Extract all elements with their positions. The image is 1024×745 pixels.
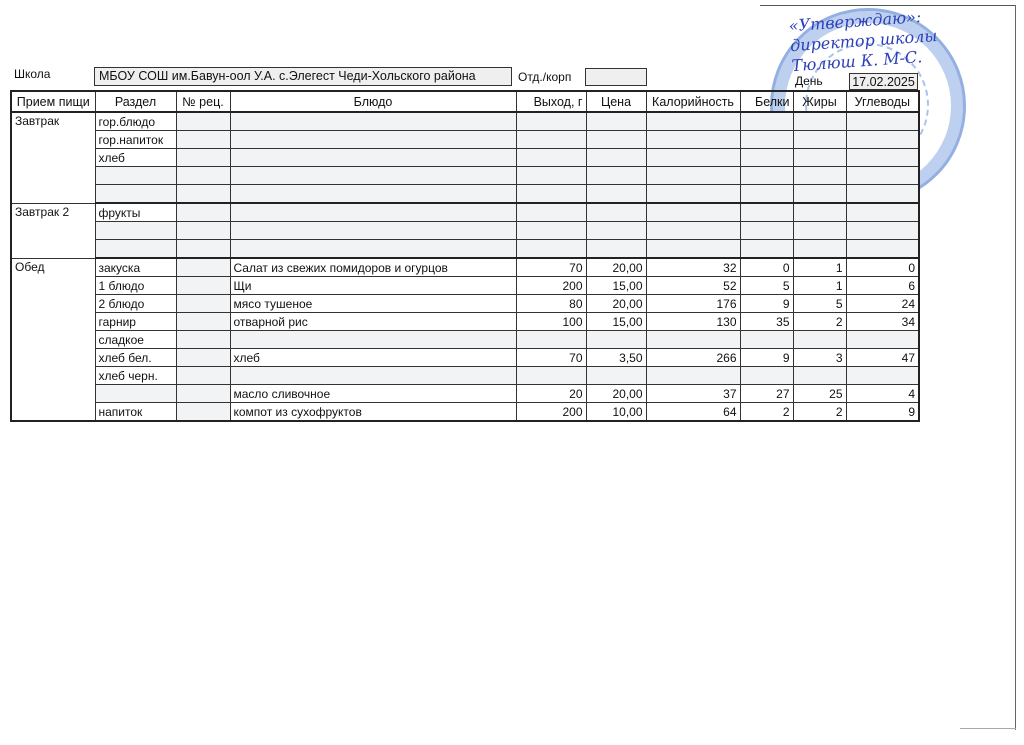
protein-cell[interactable] xyxy=(740,222,793,240)
price-cell[interactable] xyxy=(586,149,646,167)
protein-cell[interactable]: 35 xyxy=(740,313,793,331)
protein-cell[interactable] xyxy=(740,149,793,167)
col-header-meal: Прием пищи xyxy=(11,91,95,112)
dish-cell[interactable] xyxy=(230,331,516,349)
fat-cell[interactable] xyxy=(793,203,846,222)
yield-cell[interactable] xyxy=(516,112,586,131)
col-header-section: Раздел xyxy=(95,91,176,112)
fat-cell[interactable]: 3 xyxy=(793,349,846,367)
col-header-yield: Выход, г xyxy=(516,91,586,112)
calories-cell[interactable] xyxy=(646,367,740,385)
dish-cell[interactable]: хлеб xyxy=(230,349,516,367)
price-cell[interactable]: 3,50 xyxy=(586,349,646,367)
calories-cell[interactable] xyxy=(646,131,740,149)
protein-cell[interactable]: 2 xyxy=(740,403,793,422)
section-cell[interactable] xyxy=(95,222,176,240)
fat-cell[interactable] xyxy=(793,112,846,131)
section-cell[interactable]: гор.блюдо xyxy=(95,112,176,131)
table-row: ОбедзакускаСалат из свежих помидоров и о… xyxy=(11,258,919,277)
yield-cell[interactable]: 100 xyxy=(516,313,586,331)
dish-cell[interactable] xyxy=(230,222,516,240)
calories-cell[interactable]: 37 xyxy=(646,385,740,403)
carbs-cell[interactable] xyxy=(846,112,919,131)
calories-cell[interactable] xyxy=(646,222,740,240)
price-cell[interactable] xyxy=(586,112,646,131)
carbs-cell[interactable] xyxy=(846,167,919,185)
dish-cell[interactable] xyxy=(230,131,516,149)
carbs-cell[interactable] xyxy=(846,367,919,385)
section-cell[interactable]: гарнир xyxy=(95,313,176,331)
yield-cell[interactable] xyxy=(516,203,586,222)
price-cell[interactable] xyxy=(586,203,646,222)
dish-cell[interactable] xyxy=(230,149,516,167)
recipe-cell[interactable] xyxy=(176,367,230,385)
col-header-price: Цена xyxy=(586,91,646,112)
table-row: хлеб черн. xyxy=(11,367,919,385)
carbs-cell[interactable]: 24 xyxy=(846,295,919,313)
price-cell[interactable] xyxy=(586,222,646,240)
recipe-cell[interactable] xyxy=(176,185,230,204)
recipe-cell[interactable] xyxy=(176,385,230,403)
dish-cell[interactable]: мясо тушеное xyxy=(230,295,516,313)
carbs-cell[interactable] xyxy=(846,131,919,149)
carbs-cell[interactable] xyxy=(846,222,919,240)
carbs-cell[interactable] xyxy=(846,203,919,222)
date-field[interactable]: 17.02.2025 xyxy=(849,73,918,90)
calories-cell[interactable]: 130 xyxy=(646,313,740,331)
col-header-calories: Калорийность xyxy=(646,91,740,112)
protein-cell[interactable] xyxy=(740,167,793,185)
price-cell[interactable]: 10,00 xyxy=(586,403,646,422)
calories-cell[interactable] xyxy=(646,331,740,349)
protein-cell[interactable] xyxy=(740,331,793,349)
section-cell[interactable]: фрукты xyxy=(95,203,176,222)
col-header-dish: Блюдо xyxy=(230,91,516,112)
yield-cell[interactable] xyxy=(516,131,586,149)
recipe-cell[interactable] xyxy=(176,240,230,259)
price-cell[interactable]: 20,00 xyxy=(586,258,646,277)
dish-cell[interactable]: масло сливочное xyxy=(230,385,516,403)
school-name-field[interactable]: МБОУ СОШ им.Бавун-оол У.А. с.Элегест Чед… xyxy=(94,67,512,86)
fat-cell[interactable] xyxy=(793,149,846,167)
table-row xyxy=(11,222,919,240)
yield-cell[interactable]: 200 xyxy=(516,277,586,295)
col-header-carbs: Углеводы xyxy=(846,91,919,112)
signature-line: директор школы xyxy=(790,24,971,57)
section-cell[interactable]: 1 блюдо xyxy=(95,277,176,295)
recipe-cell[interactable] xyxy=(176,277,230,295)
price-cell[interactable]: 20,00 xyxy=(586,385,646,403)
col-header-fat: Жиры xyxy=(793,91,846,112)
section-cell[interactable]: хлеб черн. xyxy=(95,367,176,385)
table-row: хлеб xyxy=(11,149,919,167)
calories-cell[interactable] xyxy=(646,149,740,167)
dish-cell[interactable]: отварной рис xyxy=(230,313,516,331)
signature-line: «Утверждаю»: xyxy=(788,4,969,37)
meal-cell: Обед xyxy=(11,258,95,421)
yield-cell[interactable] xyxy=(516,185,586,204)
recipe-cell[interactable] xyxy=(176,149,230,167)
dish-cell[interactable] xyxy=(230,367,516,385)
protein-cell[interactable]: 9 xyxy=(740,349,793,367)
dish-cell[interactable] xyxy=(230,203,516,222)
yield-cell[interactable] xyxy=(516,331,586,349)
table-row: хлеб бел.хлеб703,502669347 xyxy=(11,349,919,367)
price-cell[interactable]: 20,00 xyxy=(586,295,646,313)
section-cell[interactable]: закуска xyxy=(95,258,176,277)
section-cell[interactable] xyxy=(95,167,176,185)
calories-cell[interactable] xyxy=(646,185,740,204)
recipe-cell[interactable] xyxy=(176,403,230,422)
dish-cell[interactable] xyxy=(230,112,516,131)
yield-cell[interactable]: 70 xyxy=(516,349,586,367)
recipe-cell[interactable] xyxy=(176,295,230,313)
price-cell[interactable]: 15,00 xyxy=(586,313,646,331)
carbs-cell[interactable] xyxy=(846,185,919,204)
fat-cell[interactable]: 2 xyxy=(793,313,846,331)
dept-field[interactable] xyxy=(585,68,647,86)
protein-cell[interactable] xyxy=(740,203,793,222)
protein-cell[interactable]: 27 xyxy=(740,385,793,403)
scan-edge-right xyxy=(1015,5,1016,730)
carbs-cell[interactable]: 9 xyxy=(846,403,919,422)
day-label: День xyxy=(795,73,823,89)
yield-cell[interactable] xyxy=(516,367,586,385)
yield-cell[interactable]: 70 xyxy=(516,258,586,277)
carbs-cell[interactable]: 6 xyxy=(846,277,919,295)
yield-cell[interactable] xyxy=(516,149,586,167)
price-cell[interactable] xyxy=(586,185,646,204)
meal-cell: Завтрак 2 xyxy=(11,203,95,258)
carbs-cell[interactable] xyxy=(846,149,919,167)
section-cell[interactable] xyxy=(95,185,176,204)
protein-cell[interactable] xyxy=(740,131,793,149)
table-header-row: Прием пищи Раздел № рец. Блюдо Выход, г … xyxy=(11,91,919,112)
price-cell[interactable] xyxy=(586,167,646,185)
table-row: сладкое xyxy=(11,331,919,349)
table-row: 1 блюдоЩи20015,0052516 xyxy=(11,277,919,295)
recipe-cell[interactable] xyxy=(176,222,230,240)
section-cell[interactable] xyxy=(95,385,176,403)
yield-cell[interactable] xyxy=(516,240,586,259)
yield-cell[interactable] xyxy=(516,222,586,240)
table-row xyxy=(11,185,919,204)
carbs-cell[interactable]: 34 xyxy=(846,313,919,331)
fat-cell[interactable] xyxy=(793,131,846,149)
school-label: Школа xyxy=(14,66,50,82)
col-header-recipe: № рец. xyxy=(176,91,230,112)
price-cell[interactable] xyxy=(586,331,646,349)
table-row: напитоккомпот из сухофруктов20010,006422… xyxy=(11,403,919,422)
meal-cell: Завтрак xyxy=(11,112,95,203)
dish-cell[interactable] xyxy=(230,185,516,204)
calories-cell[interactable] xyxy=(646,240,740,259)
fat-cell[interactable]: 1 xyxy=(793,258,846,277)
calories-cell[interactable]: 32 xyxy=(646,258,740,277)
price-cell[interactable] xyxy=(586,131,646,149)
recipe-cell[interactable] xyxy=(176,331,230,349)
scan-edge-bottom xyxy=(960,728,1016,729)
protein-cell[interactable] xyxy=(740,367,793,385)
carbs-cell[interactable]: 4 xyxy=(846,385,919,403)
section-cell[interactable]: хлеб xyxy=(95,149,176,167)
recipe-cell[interactable] xyxy=(176,203,230,222)
table-row xyxy=(11,240,919,259)
protein-cell[interactable]: 0 xyxy=(740,258,793,277)
fat-cell[interactable]: 2 xyxy=(793,403,846,422)
calories-cell[interactable]: 266 xyxy=(646,349,740,367)
menu-table: Прием пищи Раздел № рец. Блюдо Выход, г … xyxy=(10,90,920,422)
section-cell[interactable] xyxy=(95,240,176,259)
protein-cell[interactable] xyxy=(740,240,793,259)
dish-cell[interactable] xyxy=(230,167,516,185)
yield-cell[interactable]: 20 xyxy=(516,385,586,403)
section-cell[interactable]: сладкое xyxy=(95,331,176,349)
dish-cell[interactable]: компот из сухофруктов xyxy=(230,403,516,422)
dept-label: Отд./корп xyxy=(518,69,571,85)
yield-cell[interactable]: 200 xyxy=(516,403,586,422)
fat-cell[interactable] xyxy=(793,222,846,240)
calories-cell[interactable] xyxy=(646,167,740,185)
table-row: Завтракгор.блюдо xyxy=(11,112,919,131)
recipe-cell[interactable] xyxy=(176,131,230,149)
fat-cell[interactable] xyxy=(793,367,846,385)
carbs-cell[interactable]: 47 xyxy=(846,349,919,367)
price-cell[interactable]: 15,00 xyxy=(586,277,646,295)
table-row: гор.напиток xyxy=(11,131,919,149)
section-cell[interactable]: напиток xyxy=(95,403,176,422)
yield-cell[interactable] xyxy=(516,167,586,185)
protein-cell[interactable]: 5 xyxy=(740,277,793,295)
section-cell[interactable]: хлеб бел. xyxy=(95,349,176,367)
dish-cell[interactable] xyxy=(230,240,516,259)
calories-cell[interactable]: 52 xyxy=(646,277,740,295)
yield-cell[interactable]: 80 xyxy=(516,295,586,313)
recipe-cell[interactable] xyxy=(176,112,230,131)
calories-cell[interactable] xyxy=(646,112,740,131)
carbs-cell[interactable] xyxy=(846,240,919,259)
carbs-cell[interactable] xyxy=(846,331,919,349)
approval-signature: «Утверждаю»: директор школы Тюлюш К. М-С… xyxy=(788,4,972,76)
fat-cell[interactable] xyxy=(793,167,846,185)
section-cell[interactable]: 2 блюдо xyxy=(95,295,176,313)
section-cell[interactable]: гор.напиток xyxy=(95,131,176,149)
protein-cell[interactable] xyxy=(740,112,793,131)
calories-cell[interactable]: 176 xyxy=(646,295,740,313)
col-header-protein: Белки xyxy=(740,91,793,112)
dish-cell[interactable]: Щи xyxy=(230,277,516,295)
table-row xyxy=(11,167,919,185)
calories-cell[interactable]: 64 xyxy=(646,403,740,422)
recipe-cell[interactable] xyxy=(176,258,230,277)
dish-cell[interactable]: Салат из свежих помидоров и огурцов xyxy=(230,258,516,277)
fat-cell[interactable] xyxy=(793,331,846,349)
table-row: 2 блюдомясо тушеное8020,001769524 xyxy=(11,295,919,313)
scan-edge-top xyxy=(760,5,1015,6)
table-row: гарниротварной рис10015,0013035234 xyxy=(11,313,919,331)
table-row: масло сливочное2020,003727254 xyxy=(11,385,919,403)
signature-line: Тюлюш К. М-С. xyxy=(791,44,972,77)
protein-cell[interactable]: 9 xyxy=(740,295,793,313)
price-cell[interactable] xyxy=(586,367,646,385)
fat-cell[interactable]: 1 xyxy=(793,277,846,295)
carbs-cell[interactable]: 0 xyxy=(846,258,919,277)
recipe-cell[interactable] xyxy=(176,313,230,331)
calories-cell[interactable] xyxy=(646,203,740,222)
menu-table-body: Завтракгор.блюдогор.напитокхлебЗавтрак 2… xyxy=(11,112,919,421)
recipe-cell[interactable] xyxy=(176,167,230,185)
fat-cell[interactable]: 25 xyxy=(793,385,846,403)
recipe-cell[interactable] xyxy=(176,349,230,367)
fat-cell[interactable] xyxy=(793,185,846,204)
fat-cell[interactable] xyxy=(793,240,846,259)
protein-cell[interactable] xyxy=(740,185,793,204)
fat-cell[interactable]: 5 xyxy=(793,295,846,313)
price-cell[interactable] xyxy=(586,240,646,259)
table-row: Завтрак 2фрукты xyxy=(11,203,919,222)
